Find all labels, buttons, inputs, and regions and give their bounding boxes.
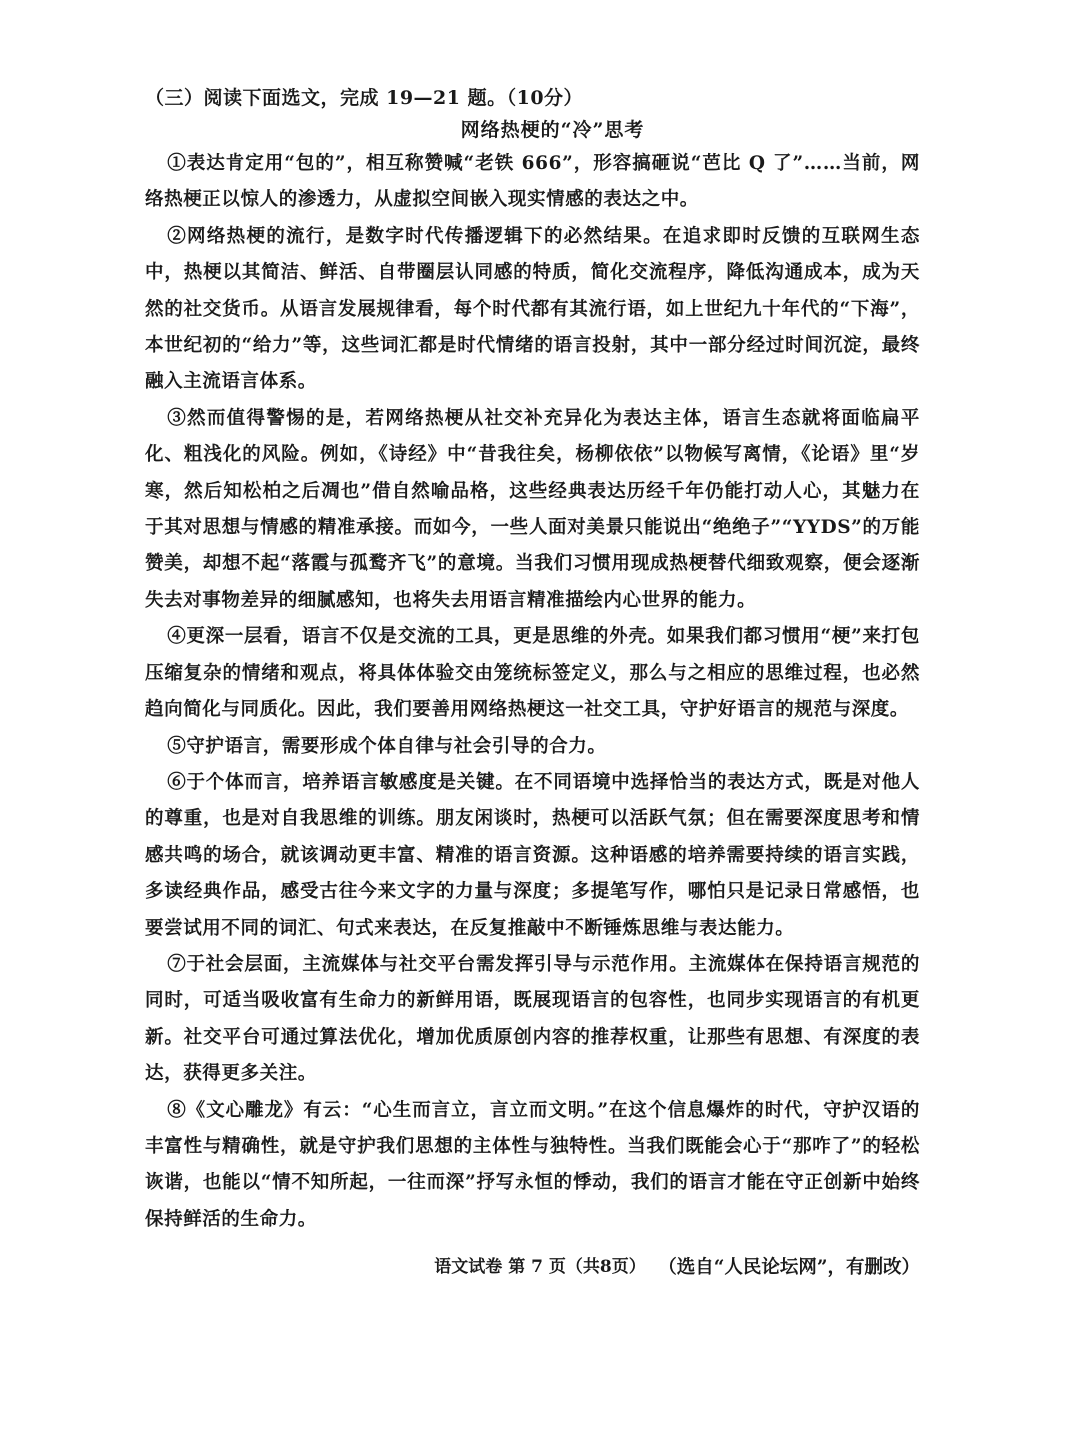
- paragraph-4: ④更深一层看，语言不仅是交流的工具，更是思维的外壳。如果我们都习惯用“梗”来打包…: [145, 619, 920, 728]
- exam-page: （三）阅读下面选文，完成 19—21 题。（10分） 网络热梗的“冷”思考 ①表…: [145, 82, 920, 1286]
- paragraph-6: ⑥于个体而言，培养语言敏感度是关键。在不同语境中选择恰当的表达方式，既是对他人的…: [145, 765, 920, 947]
- paragraph-5: ⑤守护语言，需要形成个体自律与社会引导的合力。: [145, 729, 920, 765]
- paragraph-2: ②网络热梗的流行，是数字时代传播逻辑下的必然结果。在追求即时反馈的互联网生态中，…: [145, 219, 920, 401]
- paragraph-7: ⑦于社会层面，主流媒体与社交平台需发挥引导与示范作用。主流媒体在保持语言规范的同…: [145, 947, 920, 1093]
- paragraph-1: ①表达肯定用“包的”，相互称赞喊“老铁 666”，形容搞砸说“芭比 Q 了”………: [145, 146, 920, 219]
- section-header: （三）阅读下面选文，完成 19—21 题。（10分）: [145, 82, 920, 114]
- paragraph-8: ⑧《文心雕龙》有云：“心生而言立，言立而文明。”在这个信息爆炸的时代，守护汉语的…: [145, 1093, 920, 1239]
- paragraph-3: ③然而值得警惕的是，若网络热梗从社交补充异化为表达主体，语言生态就将面临扁平化、…: [145, 401, 920, 619]
- page-footer: 语文试卷 第 7 页（共8页）: [0, 1252, 1080, 1277]
- article-title: 网络热梗的“冷”思考: [185, 114, 920, 146]
- article-body: ①表达肯定用“包的”，相互称赞喊“老铁 666”，形容搞砸说“芭比 Q 了”………: [145, 146, 920, 1238]
